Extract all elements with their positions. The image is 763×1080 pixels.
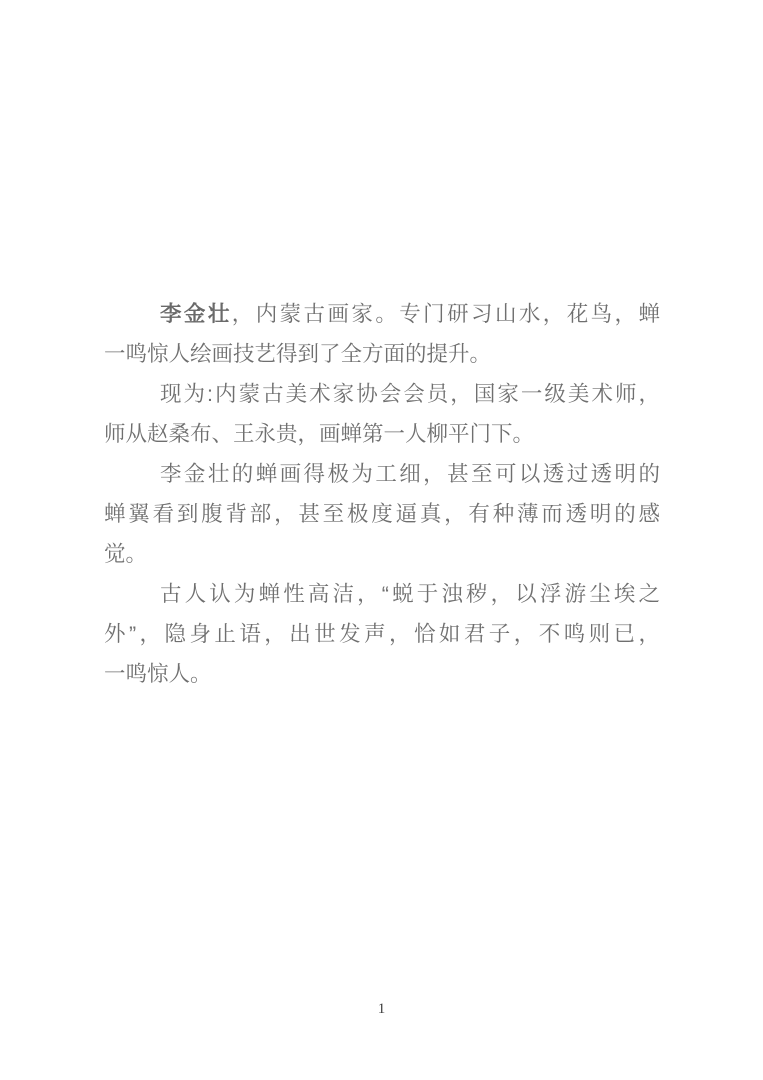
text-line: 外”，隐身止语，出世发声，恰如君子，不鸣则已， bbox=[104, 614, 660, 654]
paragraph-2: 现为:内蒙古美术家协会会员，国家一级美术师， 师从赵桑布、王永贵，画蝉第一人柳平… bbox=[104, 374, 660, 454]
text-line: 李金壮的蝉画得极为工细，甚至可以透过透明的 bbox=[104, 454, 660, 494]
text-line: 觉。 bbox=[104, 534, 660, 574]
line-text: 外”，隐身止语，出世发声，恰如君子，不鸣则已， bbox=[104, 622, 660, 646]
text-line: 现为:内蒙古美术家协会会员，国家一级美术师， bbox=[104, 374, 660, 414]
text-line: 李金壮，内蒙古画家。专门研习山水，花鸟，蝉 bbox=[104, 294, 660, 334]
line-text: 一鸣惊人。 bbox=[104, 662, 212, 686]
page-number: 1 bbox=[0, 999, 763, 1019]
text-line: 师从赵桑布、王永贵，画蝉第一人柳平门下。 bbox=[104, 414, 660, 454]
line-text: 觉。 bbox=[104, 542, 147, 566]
line-text: 现为:内蒙古美术家协会会员，国家一级美术师， bbox=[160, 382, 660, 406]
paragraph-3: 李金壮的蝉画得极为工细，甚至可以透过透明的 蝉翼看到腹背部，甚至极度逼真，有种薄… bbox=[104, 454, 660, 574]
line-text: 一鸣惊人绘画技艺得到了全方面的提升。 bbox=[104, 342, 491, 366]
paragraph-1: 李金壮，内蒙古画家。专门研习山水，花鸟，蝉 一鸣惊人绘画技艺得到了全方面的提升。 bbox=[104, 294, 660, 374]
line-text: 李金壮的蝉画得极为工细，甚至可以透过透明的 bbox=[160, 462, 660, 486]
text-line: 古人认为蝉性高洁，“蜕于浊秽，以浮游尘埃之 bbox=[104, 574, 660, 614]
document-page: 李金壮，内蒙古画家。专门研习山水，花鸟，蝉 一鸣惊人绘画技艺得到了全方面的提升。… bbox=[0, 0, 763, 1080]
text-line: 一鸣惊人绘画技艺得到了全方面的提升。 bbox=[104, 334, 660, 374]
text-line: 一鸣惊人。 bbox=[104, 654, 660, 694]
line-text: 师从赵桑布、王永贵，画蝉第一人柳平门下。 bbox=[104, 422, 534, 446]
text-line: 蝉翼看到腹背部，甚至极度逼真，有种薄而透明的感 bbox=[104, 494, 660, 534]
line-text: ，内蒙古画家。专门研习山水，花鸟，蝉 bbox=[232, 302, 660, 326]
document-body: 李金壮，内蒙古画家。专门研习山水，花鸟，蝉 一鸣惊人绘画技艺得到了全方面的提升。… bbox=[104, 294, 660, 694]
paragraph-4: 古人认为蝉性高洁，“蜕于浊秽，以浮游尘埃之 外”，隐身止语，出世发声，恰如君子，… bbox=[104, 574, 660, 694]
line-text: 蝉翼看到腹背部，甚至极度逼真，有种薄而透明的感 bbox=[104, 502, 660, 526]
author-name-bold: 李金壮 bbox=[160, 302, 232, 326]
line-text: 古人认为蝉性高洁，“蜕于浊秽，以浮游尘埃之 bbox=[160, 582, 660, 606]
